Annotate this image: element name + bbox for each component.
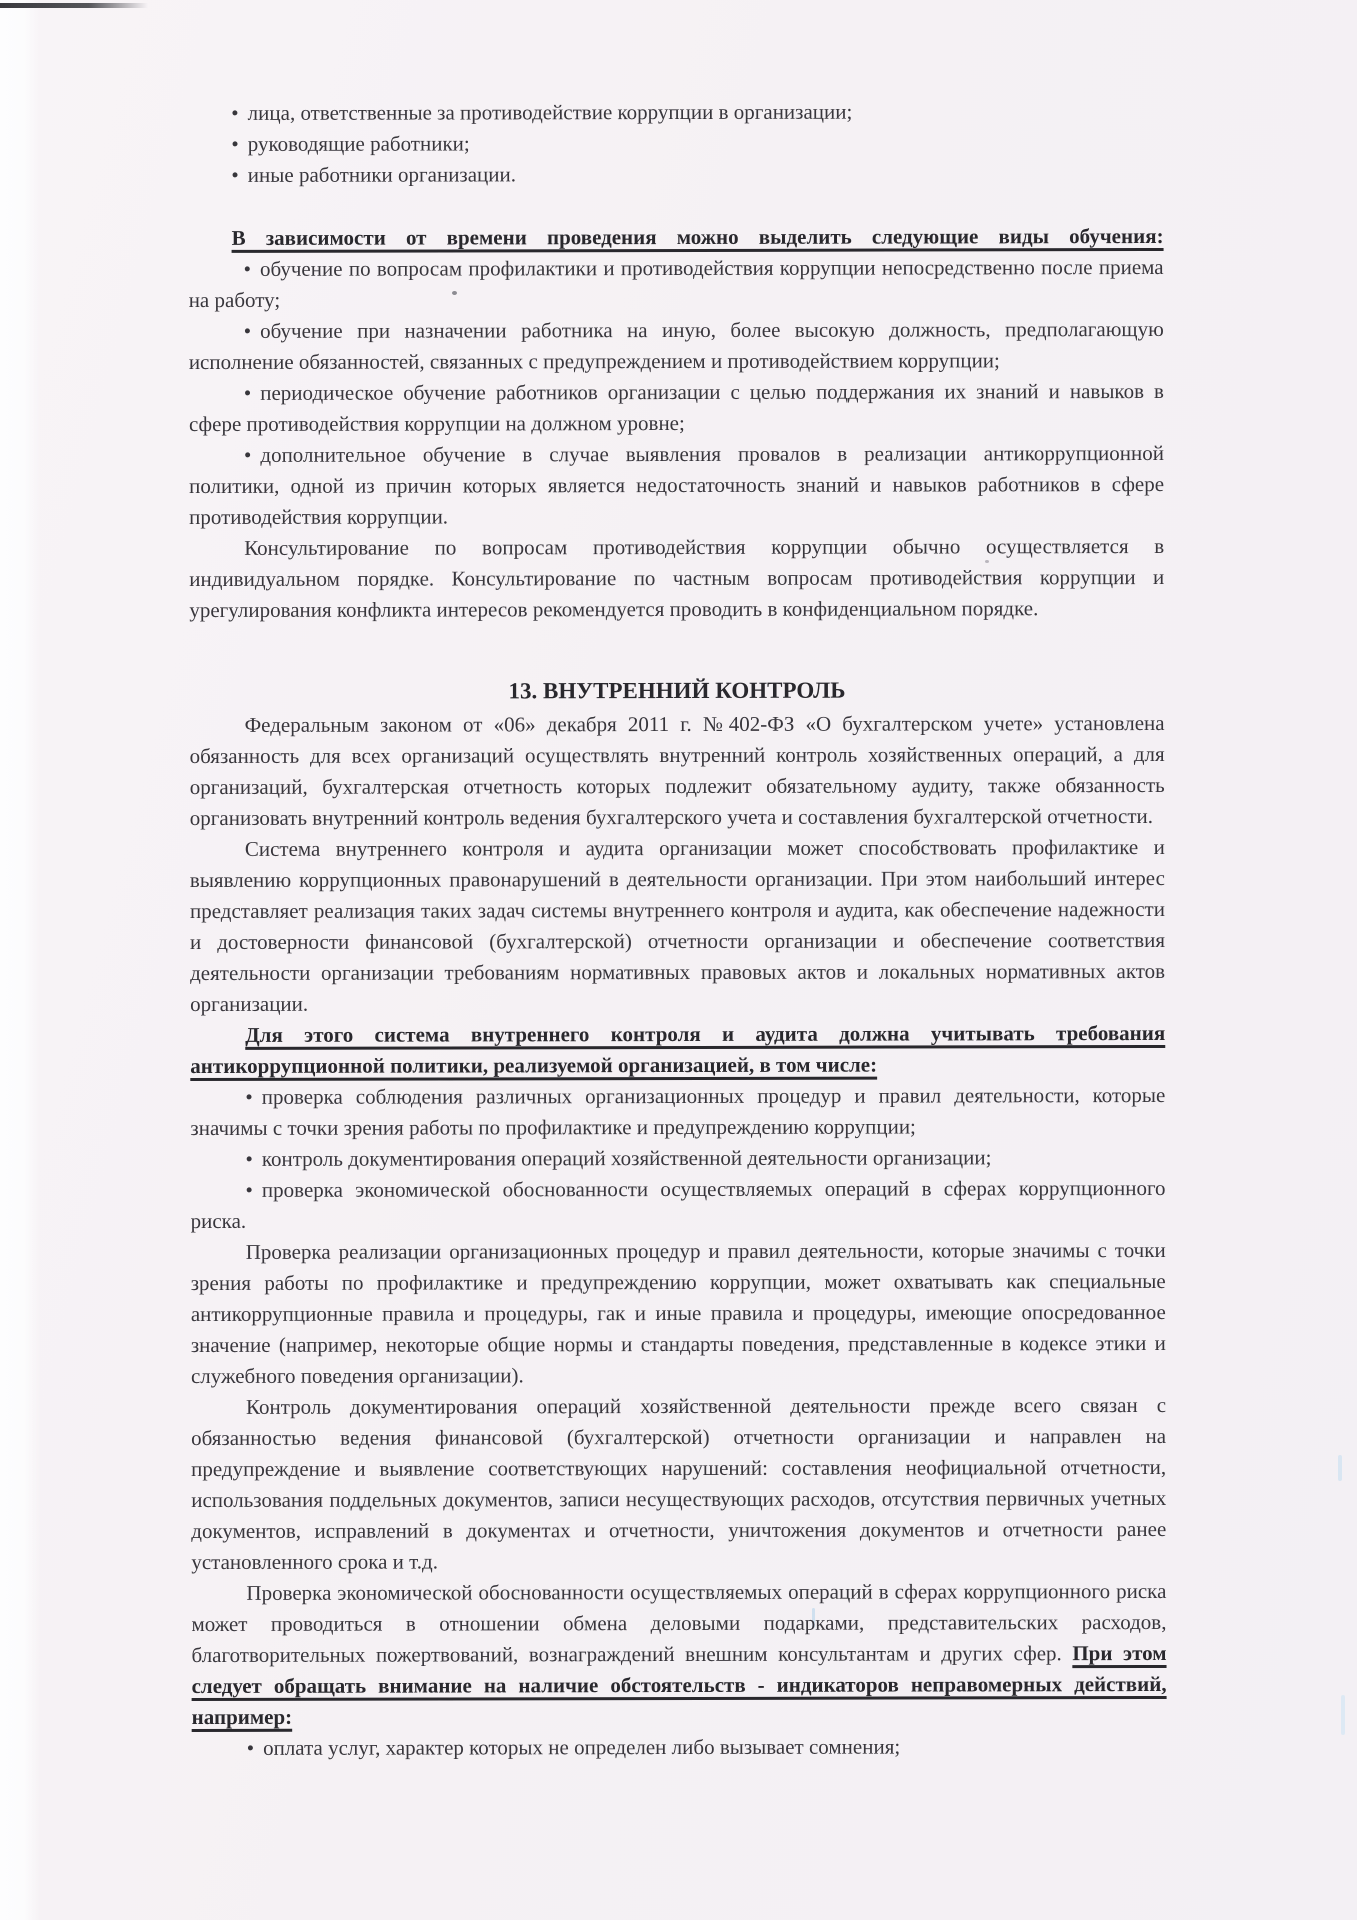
bullet-icon: • [231, 101, 247, 125]
bullet-icon: • [245, 1147, 261, 1171]
list-item: •обучение при назначении работника на ин… [189, 314, 1164, 378]
list-item-text: периодическое обучение работников органи… [189, 379, 1164, 436]
system-paragraph: Система внутреннего контроля и аудита ор… [190, 832, 1165, 1020]
scan-speck [1341, 1695, 1345, 1735]
list-item: •контроль документирования операций хозя… [190, 1142, 1165, 1175]
list-item: •руководящие работники; [188, 127, 1163, 160]
list-item: •лица, ответственные за противодействие … [188, 96, 1163, 129]
list-item-text: обучение при назначении работника на ину… [189, 317, 1164, 374]
scan-artifact-line [0, 3, 148, 8]
list-item-text: лица, ответственные за противодействие к… [248, 100, 853, 125]
list-item: •дополнительное обучение в случае выявле… [189, 438, 1164, 533]
list-item-text: иные работники организации. [248, 162, 516, 187]
list-item-text: обучение по вопросам профилактики и прот… [189, 255, 1164, 312]
section-heading-internal-control: 13. ВНУТРЕННИЙ КОНТРОЛЬ [189, 672, 1164, 710]
list-item: •иные работники организации. [188, 158, 1163, 191]
bullet-icon: • [246, 1178, 262, 1202]
bullet-icon: • [247, 1736, 263, 1760]
bullet-icon: • [244, 381, 260, 405]
list-item-text: контроль документирования операций хозяй… [262, 1145, 992, 1171]
bullet-icon: • [245, 1085, 261, 1109]
economic-paragraph-text: Проверка экономической обоснованности ос… [191, 1579, 1166, 1667]
list-item: •проверка соблюдения различных организац… [190, 1080, 1165, 1144]
document-body: •лица, ответственные за противодействие … [188, 96, 1166, 1764]
list-item-text: проверка соблюдения различных организаци… [190, 1083, 1165, 1140]
bullet-icon: • [231, 132, 247, 156]
scan-edge-strip [0, 0, 40, 1920]
list-item: •периодическое обучение работников орган… [189, 376, 1164, 440]
bullet-icon: • [244, 257, 260, 281]
consulting-paragraph: Консультирование по вопросам противодейс… [189, 531, 1164, 626]
bullet-icon: • [231, 163, 247, 187]
scanned-document-page: •лица, ответственные за противодействие … [0, 0, 1357, 1920]
list-item-text: руководящие работники; [248, 131, 470, 155]
economic-paragraph: Проверка экономической обоснованности ос… [191, 1576, 1166, 1733]
list-item-text: оплата услуг, характер которых не опреде… [263, 1735, 900, 1760]
requirements-heading: Для этого система внутреннего контроля и… [190, 1018, 1165, 1082]
training-types-heading: В зависимости от времени проведения можн… [189, 221, 1164, 254]
list-item-text: проверка экономической обоснованности ос… [191, 1176, 1166, 1233]
law-paragraph: Федеральным законом от «06» декабря 2011… [190, 708, 1165, 834]
list-item: •обучение по вопросам профилактики и про… [189, 252, 1164, 316]
list-item-text: дополнительное обучение в случае выявлен… [189, 441, 1164, 529]
bullet-icon: • [244, 443, 260, 467]
scan-speck [1338, 1455, 1342, 1481]
list-item: •проверка экономической обоснованности о… [191, 1173, 1166, 1237]
procedures-paragraph: Проверка реализации организационных проц… [191, 1235, 1166, 1392]
bullet-icon: • [244, 319, 260, 343]
list-item: •оплата услуг, характер которых не опред… [192, 1731, 1167, 1764]
documenting-paragraph: Контроль документирования операций хозяй… [191, 1390, 1166, 1578]
